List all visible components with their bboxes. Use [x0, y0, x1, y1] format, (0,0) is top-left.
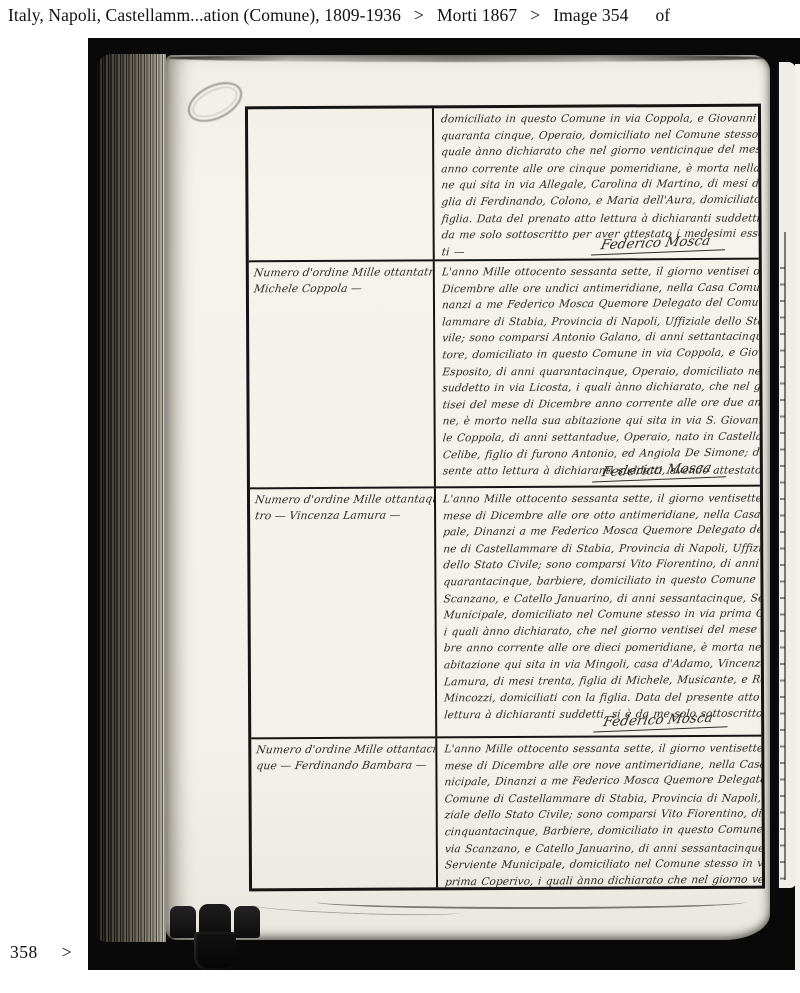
record-text-line: cinquantacinque, Barbiere, domiciliato i… — [444, 822, 761, 841]
record-text-line: Lamura, di mesi trenta, figlia di Michel… — [443, 671, 760, 690]
record-margin-line: Numero d'ordine Mille ottantacin- — [255, 741, 434, 757]
next-arrow[interactable]: > — [62, 942, 72, 963]
record-text-line: nicipale, Dinanzi a me Federico Mosca Qu… — [444, 772, 761, 791]
book-clamp — [170, 904, 262, 970]
record-margin-cell: Numero d'ordine Mille ottantacin-que — F… — [251, 738, 438, 888]
record-table: domiciliato in questo Comune in via Copp… — [245, 104, 765, 892]
record-text-line: L'anno Mille ottocento sessanta sette, i… — [444, 740, 760, 757]
record-margin-cell: Numero d'ordine Mille ottantatre —Michel… — [249, 261, 436, 487]
record-text-line: figlia. Data del prenato atto lettura à … — [441, 210, 757, 227]
record-text-line: prima Coperivo, i quali ànno dichiarato … — [444, 871, 761, 887]
clamp-prong — [234, 906, 260, 938]
scan-right-edge — [795, 64, 800, 970]
breadcrumb-separator: > — [530, 5, 540, 26]
table-row: domiciliato in questo Comune in via Copp… — [248, 107, 759, 261]
film-strip-nav: 358 > — [10, 942, 72, 963]
record-text-line: Scanzano, e Catello Januarino, di anni s… — [443, 590, 759, 607]
clamp-prong — [170, 906, 196, 938]
breadcrumb: Italy, Napoli, Castellamm...ation (Comun… — [0, 0, 800, 38]
record-text-line: ne, è morto nella sua abitazione qui sit… — [442, 413, 758, 430]
table-row: Numero d'ordine Mille ottantacin-que — F… — [251, 735, 762, 889]
record-text-line: tisei del mese di Dicembre anno corrente… — [442, 394, 759, 413]
oval-archive-stamp-icon — [181, 74, 248, 130]
record-text-line: tore, domiciliato in questo Comune in vi… — [441, 345, 758, 364]
record-body-cell: L'anno Mille ottocento sessanta sette, i… — [437, 737, 762, 888]
breadcrumb-of-label: of — [655, 5, 670, 26]
table-row: Numero d'ordine Mille ottantaquat-tro — … — [250, 485, 761, 738]
record-text-line: L'anno Mille ottocento sessanta sette, i… — [442, 490, 758, 507]
document-scan-viewport[interactable]: domiciliato in questo Comune in via Copp… — [88, 38, 800, 970]
clamp-stem — [194, 932, 236, 970]
record-text-line: via Scanzano, e Catello Januarino, di an… — [444, 840, 760, 857]
record-text-line: L'anno Mille ottocento sessanta sette, i… — [441, 263, 757, 280]
book-page: domiciliato in questo Comune in via Copp… — [166, 55, 770, 940]
record-text-line: pale, Dinanzi a me Federico Mosca Quemor… — [442, 522, 759, 541]
image-thumbnail-number: 358 — [10, 942, 38, 963]
record-text-line: i quali ànno dichiarato, che nel giorno … — [443, 621, 760, 640]
record-margin-line: tro — Vincenza Lamura — — [254, 507, 433, 523]
record-body-cell: L'anno Mille ottocento sessanta sette, i… — [436, 487, 761, 737]
record-text-line: Esposito, di anni quarantacinque, Operai… — [442, 363, 758, 380]
record-body-cell: L'anno Mille ottocento sessanta sette, i… — [435, 260, 760, 487]
next-page-text-fragments — [780, 267, 785, 882]
breadcrumb-image-number[interactable]: Image 354 — [553, 5, 628, 26]
record-margin-line: Numero d'ordine Mille ottantatre — — [253, 264, 432, 280]
breadcrumb-collection[interactable]: Italy, Napoli, Castellamm...ation (Comun… — [8, 5, 401, 26]
table-row: Numero d'ordine Mille ottantatre —Michel… — [249, 258, 760, 488]
record-margin-line: Numero d'ordine Mille ottantaquat- — [254, 491, 433, 507]
breadcrumb-folder[interactable]: Morti 1867 — [437, 5, 517, 26]
page-top-edge — [168, 54, 766, 62]
record-text-line: glia di Ferdinando, Colono, e Maria dell… — [441, 192, 758, 211]
record-margin-cell: Numero d'ordine Mille ottantaquat-tro — … — [250, 488, 437, 737]
book-spine — [96, 54, 166, 942]
record-body-cell: domiciliato in questo Comune in via Copp… — [434, 107, 759, 260]
record-margin-line: Michele Coppola — — [253, 280, 432, 296]
record-text-line: domiciliato in questo Comune in via Copp… — [440, 111, 756, 128]
record-text-line: quale ànno dichiarato che nel giorno ven… — [440, 142, 757, 161]
record-text-line: quarantacinque, barbiere, domiciliato in… — [442, 572, 759, 591]
record-text-line: bre anno corrente alle ore dieci pomerid… — [443, 640, 759, 657]
record-text-line: Mincozzi, domiciliati con la figlia. Dat… — [443, 690, 759, 707]
record-margin-cell — [248, 108, 435, 260]
next-page-edge — [777, 62, 796, 888]
record-margin-line: que — Ferdinando Bambara — — [255, 757, 434, 773]
record-text-line: nanzi a me Federico Mosca Quemore Delega… — [441, 295, 758, 314]
breadcrumb-separator: > — [414, 5, 424, 26]
